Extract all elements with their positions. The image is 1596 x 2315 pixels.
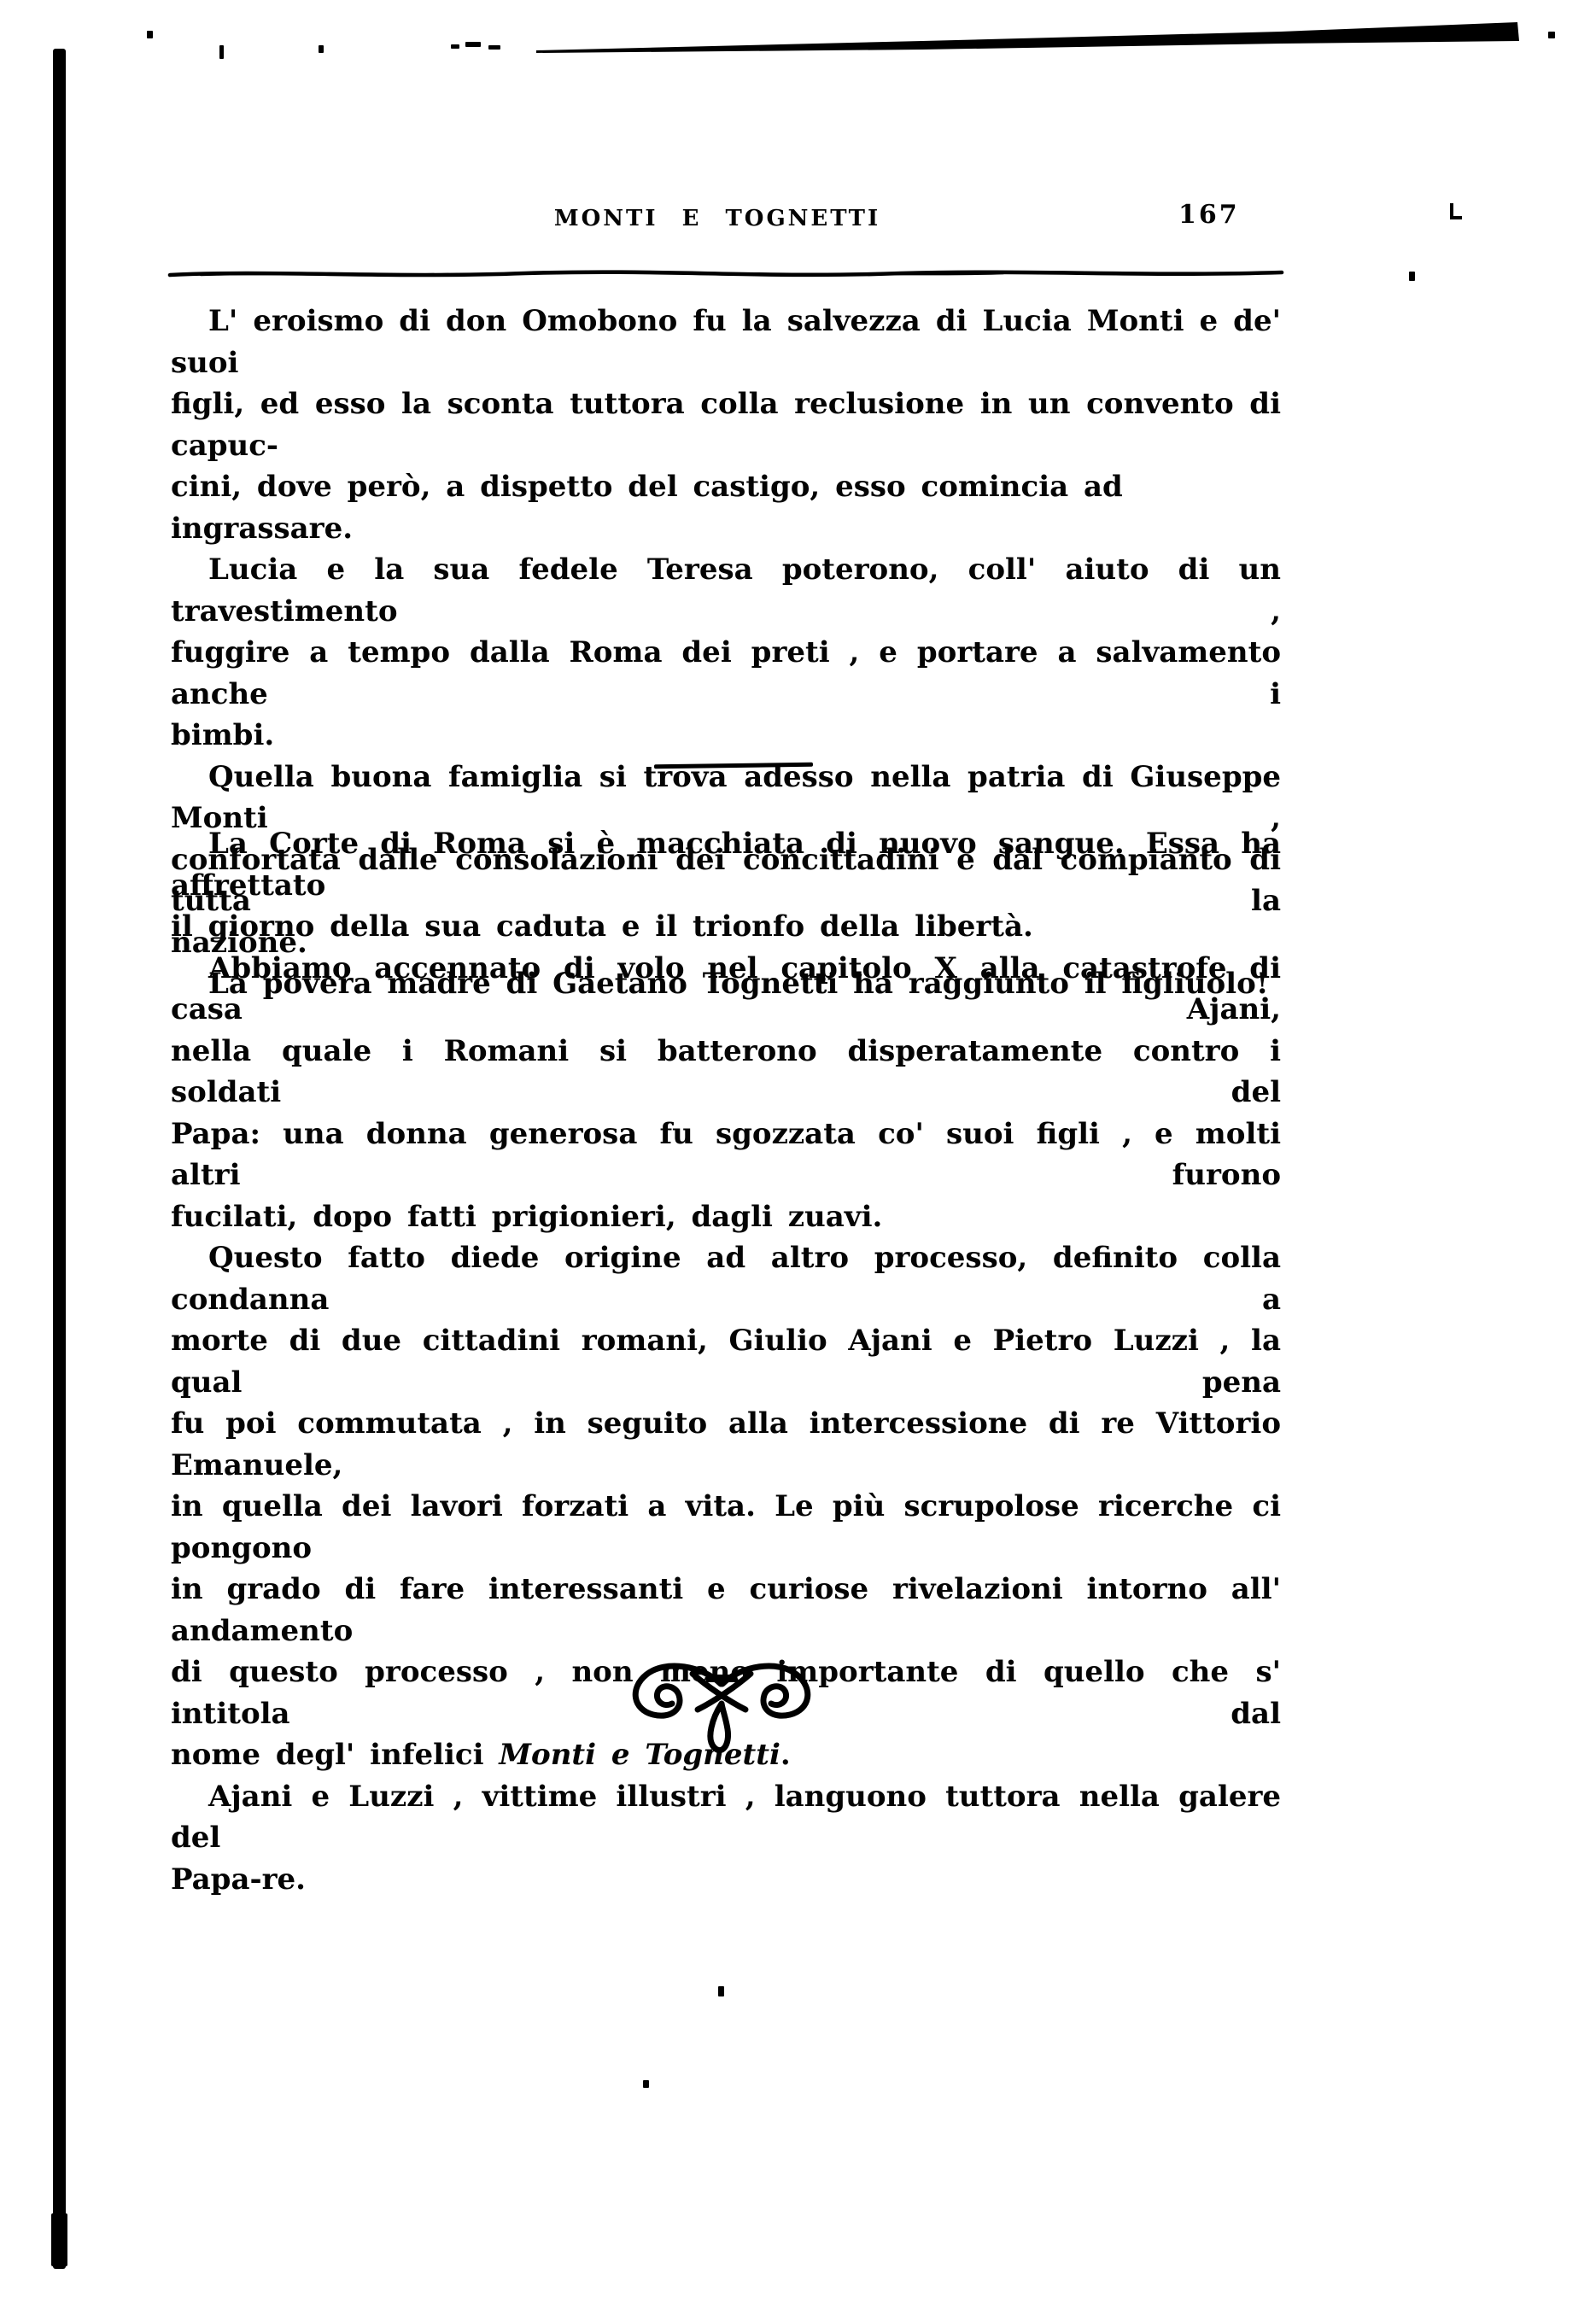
end-flourish-ornament [624, 1656, 819, 1762]
scan-speck [1409, 272, 1415, 281]
header-rule [167, 266, 1287, 284]
page-number: 167 [1178, 200, 1240, 230]
scan-speck [718, 1986, 724, 1996]
scan-speck [1548, 32, 1555, 38]
text-line: Lucia e la sua fedele Teresa poterono, c… [171, 549, 1281, 632]
text-line: cini, dove però, a dispetto del castigo,… [171, 466, 1281, 549]
text-line: Questo fatto diede origine ad altro proc… [171, 1237, 1281, 1320]
scan-edge-artifact-top [0, 0, 1596, 102]
text-line: Abbiamo accennato di volo nel capitolo X… [171, 948, 1281, 1031]
text-segment: nome degl' infelici [171, 1738, 499, 1772]
text-line: in grado di fare interessanti e curiose … [171, 1569, 1281, 1651]
text-line: Papa-re. [171, 1859, 1281, 1901]
text-line: fu poi commutata , in seguito alla inter… [171, 1403, 1281, 1486]
text-line: in quella dei lavori forzati a vita. Le … [171, 1486, 1281, 1569]
flourish-center-bar [706, 1675, 737, 1682]
text-line: Papa: una donna generosa fu sgozzata co'… [171, 1114, 1281, 1196]
text-line: La Corte di Roma si è macchiata di nuovo… [171, 823, 1281, 906]
book-page-scan: MONTI E TOGNETTI 167 L' eroismo di don O… [0, 0, 1596, 2315]
scan-edge-artifact-left [53, 49, 66, 2269]
header-title: MONTI E TOGNETTI [478, 206, 956, 231]
text-line: nella quale i Romani si batterono disper… [171, 1031, 1281, 1114]
scan-speck [451, 44, 459, 49]
scan-speck [147, 31, 153, 38]
scan-speck [319, 45, 324, 53]
scan-speck [465, 42, 481, 47]
text-line: Ajani e Luzzi , vittime illustri , langu… [171, 1776, 1281, 1859]
scan-speck [219, 45, 224, 59]
text-line: bimbi. [171, 715, 1281, 757]
scan-speck [1450, 203, 1462, 219]
text-line: L' eroismo di don Omobono fu la salvezza… [171, 301, 1281, 383]
scan-speck [643, 2080, 649, 2088]
text-line: fuggire a tempo dalla Roma dei preti , e… [171, 632, 1281, 715]
text-line: il giorno della sua caduta e il trionfo … [171, 906, 1281, 948]
scan-speck [488, 45, 500, 50]
text-line: fucilati, dopo fatti prigionieri, dagli … [171, 1196, 1281, 1238]
text-line: figli, ed esso la sconta tuttora colla r… [171, 383, 1281, 466]
scan-edge-artifact-left-foot [51, 2213, 67, 2266]
text-line: morte di due cittadini romani, Giulio Aj… [171, 1320, 1281, 1403]
